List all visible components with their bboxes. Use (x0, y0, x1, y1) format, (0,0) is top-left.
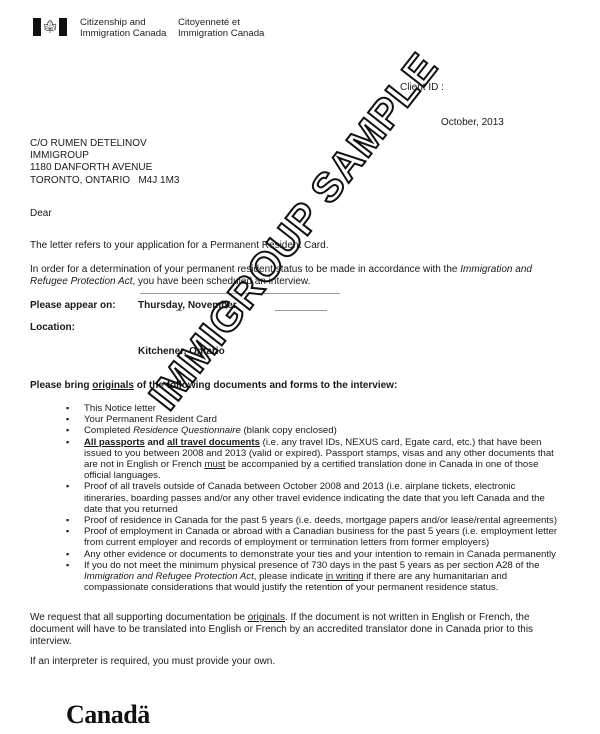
item-text: in writing (326, 571, 364, 582)
act-name: Refugee Protection Act (30, 276, 132, 287)
location-value: Kitchener, Ontario (138, 346, 225, 357)
item-text: Proof of employment in Canada or abroad … (84, 526, 557, 537)
address-line: 1180 DANFORTH AVENUE (30, 162, 179, 174)
dept-fr-line2: Immigration Canada (178, 28, 264, 39)
item-text: (blank copy enclosed) (241, 425, 337, 436)
item-text: If you do not meet the minimum physical … (84, 560, 539, 571)
interpreter-note: If an interpreter is required, you must … (30, 656, 275, 667)
department-name-english: Citizenship and Immigration Canada (80, 17, 166, 39)
documents-heading: Please bring originals of the following … (30, 380, 397, 391)
sample-watermark: IMMIGROUP SAMPLE (140, 44, 447, 419)
list-item: Your Permanent Resident Card (66, 414, 566, 425)
item-text: This Notice letter (84, 403, 156, 414)
dept-en-line2: Immigration Canada (80, 28, 166, 39)
letter-date: October, 2013 (441, 117, 504, 128)
heading-text: of the following documents and forms to … (134, 380, 397, 391)
department-name-french: Citoyenneté et Immigration Canada (178, 17, 264, 39)
heading-emphasis: originals (92, 380, 134, 391)
list-item: All passports and all travel documents (… (66, 437, 566, 482)
item-text: from current employer and records of emp… (84, 537, 489, 548)
item-text: itineraries, boarding passes and/or any … (84, 493, 545, 504)
item-text: compassionate considerations that would … (84, 582, 498, 593)
item-text: Proof of residence in Canada for the pas… (84, 515, 557, 526)
list-item: Completed Residence Questionnaire (blank… (66, 425, 566, 436)
paragraph-emphasis: originals (248, 612, 285, 623)
recipient-address: C/O RUMEN DETELINOV IMMIGROUP 1180 DANFO… (30, 138, 179, 187)
field-line (140, 293, 340, 294)
item-text: Completed (84, 425, 133, 436)
list-item: Proof of residence in Canada for the pas… (66, 515, 566, 526)
dept-en-line1: Citizenship and (80, 17, 166, 28)
dept-fr-line1: Citoyenneté et (178, 17, 264, 28)
item-text: issued to you between 2008 and 2013 (val… (84, 448, 554, 459)
paragraph-text: In order for a determination of your per… (30, 264, 460, 275)
list-item: If you do not meet the minimum physical … (66, 560, 566, 594)
item-text: Proof of all travels outside of Canada b… (84, 481, 515, 492)
paragraph-application: The letter refers to your application fo… (30, 240, 328, 252)
list-item: Proof of all travels outside of Canada b… (66, 481, 566, 515)
canada-flag-icon: 🍁︎ (33, 18, 67, 36)
item-text: Any other evidence or documents to demon… (84, 549, 556, 560)
address-line: TORONTO, ONTARIO M4J 1M3 (30, 175, 179, 187)
location-label: Location: (30, 322, 75, 333)
list-item: This Notice letter (66, 403, 566, 414)
item-text: Residence Questionnaire (133, 425, 241, 436)
documents-list: This Notice letter Your Permanent Reside… (66, 403, 566, 593)
appointment-date: Thursday, November (138, 300, 237, 311)
item-text: are not in English or French (84, 459, 205, 470)
item-text: be accompanied by a certified translatio… (225, 459, 538, 470)
list-item: Any other evidence or documents to demon… (66, 549, 566, 560)
originals-request-paragraph: We request that all supporting documenta… (30, 612, 575, 648)
item-text: (i.e. any travel IDs, NEXUS card, Egate … (260, 437, 542, 448)
list-item: Proof of employment in Canada or abroad … (66, 526, 566, 548)
item-text: Immigration and Refugee Protection Act (84, 571, 254, 582)
item-text: Your Permanent Resident Card (84, 414, 217, 425)
item-text: official languages. (84, 470, 161, 481)
address-line: C/O RUMEN DETELINOV (30, 138, 179, 150)
item-text: All passports (84, 437, 145, 448)
paragraph-interview: In order for a determination of your per… (30, 264, 532, 288)
item-text: and (145, 437, 167, 448)
paragraph-text: We request that all supporting documenta… (30, 612, 248, 623)
client-id-label: Client ID : (400, 82, 444, 93)
item-text: , please indicate (254, 571, 326, 582)
salutation: Dear (30, 208, 52, 219)
item-text: if there are any humanitarian and (364, 571, 507, 582)
appear-on-label: Please appear on: (30, 300, 116, 311)
canada-wordmark: Canadä (66, 700, 150, 730)
act-name: Immigration and (460, 264, 532, 275)
heading-text: Please bring (30, 380, 92, 391)
item-text: all travel documents (167, 437, 260, 448)
field-line (275, 310, 327, 311)
paragraph-text: , you have been scheduled an interview. (132, 276, 310, 287)
wordmark-text: Canadä (66, 700, 150, 729)
field-line (176, 310, 182, 311)
item-text: must (205, 459, 226, 470)
item-text: date that you returned (84, 504, 178, 515)
address-line: IMMIGROUP (30, 150, 179, 162)
